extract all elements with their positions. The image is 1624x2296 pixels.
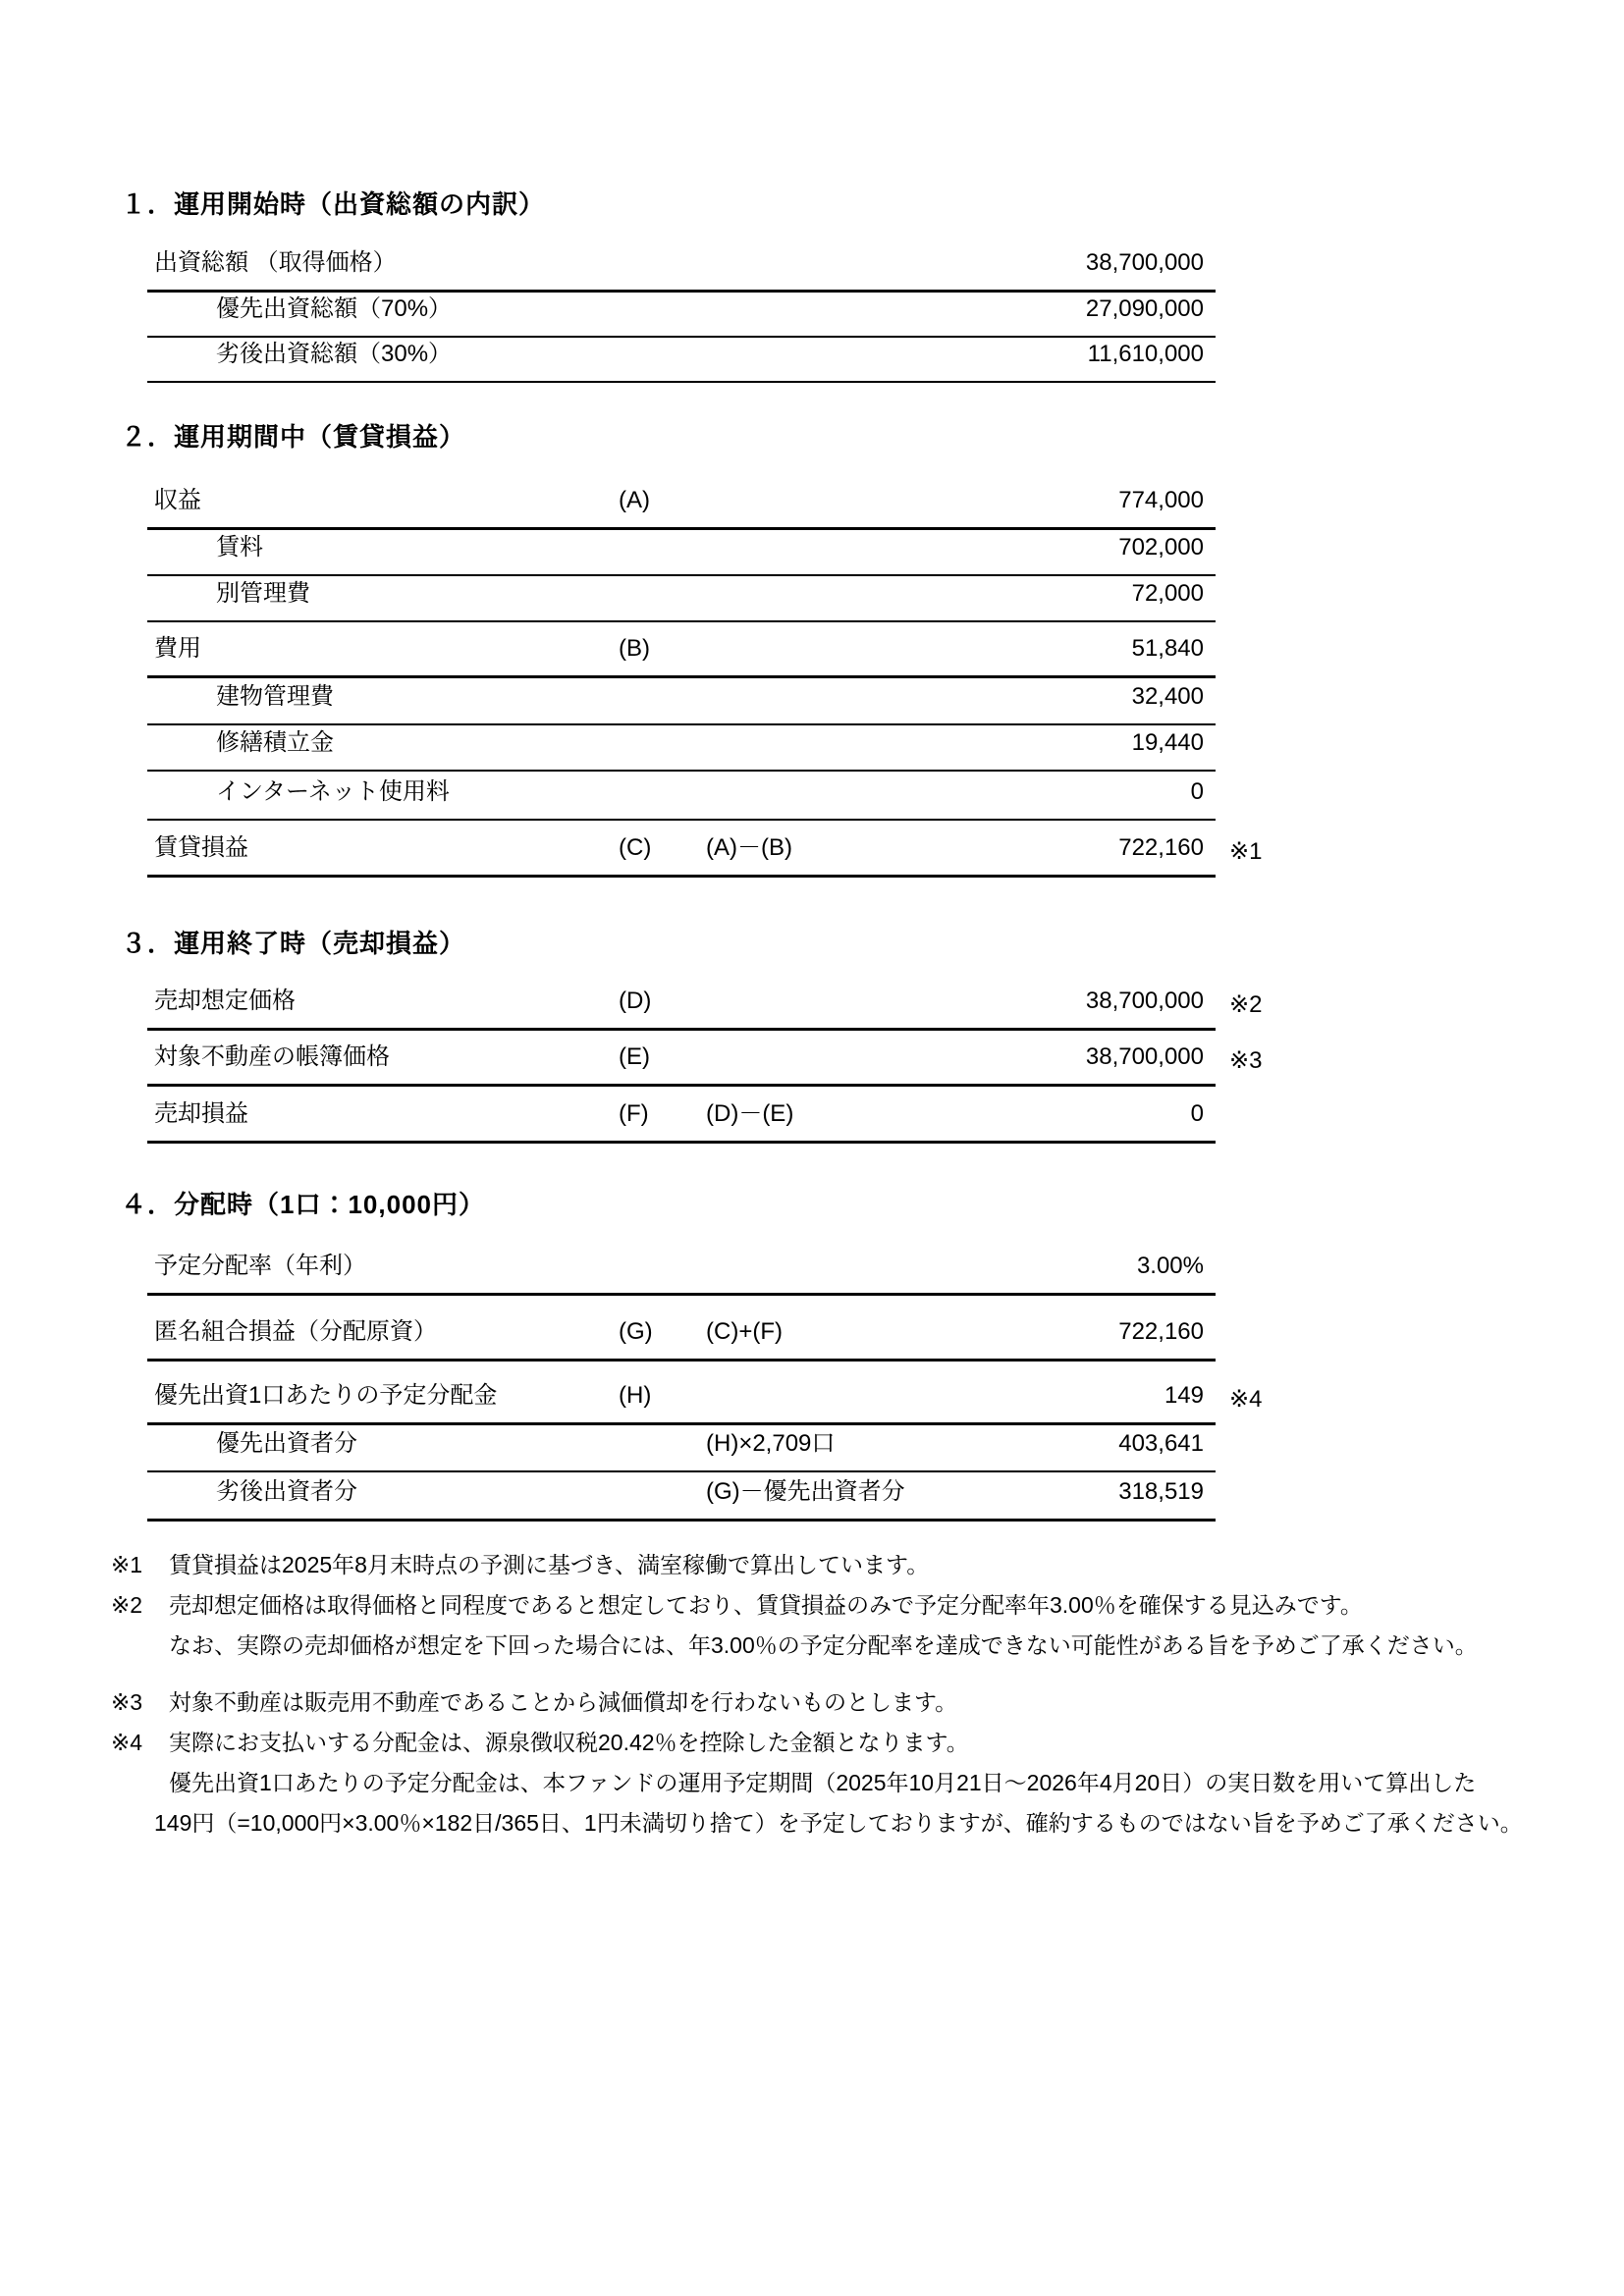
row-label: 売却想定価格 [154, 988, 619, 1014]
section-heading: ２．運用期間中（賃貸損益） [121, 422, 1624, 452]
footnote-marker: ※2 [111, 1585, 169, 1626]
row-value: 32,400 [939, 684, 1204, 710]
row-label: 費用 [154, 636, 619, 662]
row-label: 賃料 [154, 535, 619, 561]
row-value: 702,000 [939, 535, 1204, 561]
row-value: 722,160 [939, 835, 1204, 861]
section: ２．運用期間中（賃貸損益）収益(A)774,000賃料702,000別管理費72… [0, 422, 1624, 878]
row-value: 0 [939, 779, 1204, 805]
section-heading: １．運用開始時（出資総額の内訳） [121, 189, 1624, 219]
row-code: (B) [619, 636, 706, 662]
row-label: インターネット使用料 [154, 779, 619, 805]
footnote-line: ※4実際にお支払いする分配金は、源泉徴収税20.42％を控除した金額となります。 [111, 1723, 1624, 1763]
table-row: 対象不動産の帳簿価格(E)38,700,000※3 [147, 1031, 1216, 1087]
row-value: 19,440 [939, 730, 1204, 756]
footnote-text: なお、実際の売却価格が想定を下回った場合には、年3.00％の予定分配率を達成でき… [169, 1632, 1478, 1658]
row-note-marker: ※1 [1229, 839, 1262, 865]
row-code: (C) [619, 835, 706, 861]
table-row: 劣後出資者分(G)－優先出資者分318,519 [147, 1472, 1216, 1522]
row-label: 優先出資者分 [154, 1431, 619, 1457]
row-formula: (G)－優先出資者分 [706, 1479, 939, 1505]
section-heading: ３．運用終了時（売却損益） [121, 929, 1624, 958]
table-row: インターネット使用料0 [147, 772, 1216, 821]
row-value: 403,641 [939, 1431, 1204, 1457]
footnote-line: ※1賃貸損益は2025年8月末時点の予測に基づき、満室稼働で算出しています。 [111, 1545, 1624, 1585]
row-code: (E) [619, 1044, 706, 1070]
footnote-marker: ※4 [111, 1723, 169, 1763]
footnote-line: ※3対象不動産は販売用不動産であることから減価償却を行わないものとします。 [111, 1682, 1624, 1723]
table-row: 賃料702,000 [147, 530, 1216, 576]
table-row: 劣後出資総額（30%）11,610,000 [147, 338, 1216, 383]
section: ４．分配時（1口：10,000円）予定分配率（年利）3.00%匿名組合損益（分配… [0, 1190, 1624, 1522]
row-value: 722,160 [939, 1319, 1204, 1345]
row-note-marker: ※4 [1229, 1387, 1262, 1413]
section-table: 売却想定価格(D)38,700,000※2対象不動産の帳簿価格(E)38,700… [147, 975, 1216, 1144]
row-value: 0 [939, 1101, 1204, 1127]
row-code: (H) [619, 1383, 706, 1409]
footnote-text: 実際にお支払いする分配金は、源泉徴収税20.42％を控除した金額となります。 [169, 1730, 969, 1755]
row-formula: (C)+(F) [706, 1319, 939, 1345]
row-value: 38,700,000 [939, 250, 1204, 276]
footnote: ※3対象不動産は販売用不動産であることから減価償却を行わないものとします。 [111, 1682, 1624, 1723]
row-label: 収益 [154, 488, 619, 513]
row-label: 匿名組合損益（分配原資） [154, 1319, 619, 1345]
section: ３．運用終了時（売却損益）売却想定価格(D)38,700,000※2対象不動産の… [0, 929, 1624, 1144]
footnote-line: ※2売却想定価格は取得価格と同程度であると想定しており、賃貸損益のみで予定分配率… [111, 1585, 1624, 1626]
table-row: 予定分配率（年利）3.00% [147, 1233, 1216, 1296]
row-value: 149 [939, 1383, 1204, 1409]
fund-simulation-tables: １．運用開始時（出資総額の内訳）出資総額 （取得価格）38,700,000優先出… [0, 189, 1624, 1522]
row-label: 劣後出資者分 [154, 1479, 619, 1505]
footnote-line: 149円（=10,000円×3.00％×182日/365日、1円未満切り捨て）を… [111, 1803, 1624, 1843]
footnote-text: 対象不動産は販売用不動産であることから減価償却を行わないものとします。 [169, 1689, 957, 1715]
row-label: 対象不動産の帳簿価格 [154, 1044, 619, 1070]
table-row: 優先出資1口あたりの予定分配金(H)149※4 [147, 1362, 1216, 1425]
document-page: １．運用開始時（出資総額の内訳）出資総額 （取得価格）38,700,000優先出… [0, 0, 1624, 2296]
table-row: 出資総額 （取得価格）38,700,000 [147, 247, 1216, 293]
footnote: ※1賃貸損益は2025年8月末時点の予測に基づき、満室稼働で算出しています。 [111, 1545, 1624, 1585]
footnote: ※4実際にお支払いする分配金は、源泉徴収税20.42％を控除した金額となります。… [111, 1723, 1624, 1843]
section-table: 出資総額 （取得価格）38,700,000優先出資総額（70%）27,090,0… [147, 247, 1216, 383]
row-label: 賃貸損益 [154, 835, 619, 861]
row-label: 劣後出資総額（30%） [154, 342, 619, 367]
table-row: 優先出資総額（70%）27,090,000 [147, 293, 1216, 338]
row-value: 51,840 [939, 636, 1204, 662]
section-table: 収益(A)774,000賃料702,000別管理費72,000費用(B)51,8… [147, 484, 1216, 878]
table-row: 優先出資者分(H)×2,709口403,641 [147, 1425, 1216, 1472]
footnote-marker: ※1 [111, 1545, 169, 1585]
row-formula: (D)－(E) [706, 1101, 939, 1127]
row-label: 別管理費 [154, 581, 619, 607]
row-value: 72,000 [939, 581, 1204, 607]
row-code: (D) [619, 988, 706, 1014]
row-note-marker: ※3 [1229, 1048, 1262, 1074]
row-value: 11,610,000 [939, 342, 1204, 367]
footnote-line: 優先出資1口あたりの予定分配金は、本ファンドの運用予定期間（2025年10月21… [111, 1763, 1624, 1803]
row-formula: (A)－(B) [706, 835, 939, 861]
footnote-text: 売却想定価格は取得価格と同程度であると想定しており、賃貸損益のみで予定分配率年3… [169, 1592, 1363, 1618]
footnotes: ※1賃貸損益は2025年8月末時点の予測に基づき、満室稼働で算出しています。※2… [111, 1545, 1624, 1843]
row-code: (F) [619, 1101, 706, 1127]
row-code: (G) [619, 1319, 706, 1345]
footnote-text: 賃貸損益は2025年8月末時点の予測に基づき、満室稼働で算出しています。 [169, 1552, 929, 1577]
row-label: 優先出資1口あたりの予定分配金 [154, 1383, 619, 1409]
row-formula: (H)×2,709口 [706, 1431, 939, 1457]
section-table: 予定分配率（年利）3.00%匿名組合損益（分配原資）(G)(C)+(F)722,… [147, 1233, 1216, 1522]
row-label: 修繕積立金 [154, 730, 619, 756]
table-row: 別管理費72,000 [147, 576, 1216, 622]
row-value: 318,519 [939, 1479, 1204, 1505]
row-value: 774,000 [939, 488, 1204, 513]
table-row: 費用(B)51,840 [147, 622, 1216, 678]
table-row: 売却損益(F)(D)－(E)0 [147, 1087, 1216, 1144]
row-value: 27,090,000 [939, 296, 1204, 322]
table-row: 建物管理費32,400 [147, 678, 1216, 725]
table-row: 修繕積立金19,440 [147, 725, 1216, 772]
row-label: 予定分配率（年利） [154, 1254, 619, 1279]
row-value: 38,700,000 [939, 988, 1204, 1014]
row-code: (A) [619, 488, 706, 513]
footnote-marker: ※3 [111, 1682, 169, 1723]
table-row: 賃貸損益(C)(A)－(B)722,160※1 [147, 821, 1216, 878]
row-label: 建物管理費 [154, 684, 619, 710]
table-row: 匿名組合損益（分配原資）(G)(C)+(F)722,160 [147, 1296, 1216, 1362]
row-note-marker: ※2 [1229, 992, 1262, 1018]
table-row: 収益(A)774,000 [147, 484, 1216, 530]
footnote-text: 149円（=10,000円×3.00％×182日/365日、1円未満切り捨て）を… [154, 1810, 1523, 1836]
row-label: 出資総額 （取得価格） [154, 250, 619, 276]
row-value: 3.00% [939, 1254, 1204, 1279]
footnote: ※2売却想定価格は取得価格と同程度であると想定しており、賃貸損益のみで予定分配率… [111, 1585, 1624, 1666]
footnote-line: なお、実際の売却価格が想定を下回った場合には、年3.00％の予定分配率を達成でき… [111, 1626, 1624, 1666]
footnote-text: 優先出資1口あたりの予定分配金は、本ファンドの運用予定期間（2025年10月21… [169, 1770, 1476, 1795]
row-label: 優先出資総額（70%） [154, 296, 619, 322]
table-row: 売却想定価格(D)38,700,000※2 [147, 975, 1216, 1031]
section: １．運用開始時（出資総額の内訳）出資総額 （取得価格）38,700,000優先出… [0, 189, 1624, 383]
row-label: 売却損益 [154, 1101, 619, 1127]
row-value: 38,700,000 [939, 1044, 1204, 1070]
section-heading: ４．分配時（1口：10,000円） [121, 1190, 1624, 1219]
